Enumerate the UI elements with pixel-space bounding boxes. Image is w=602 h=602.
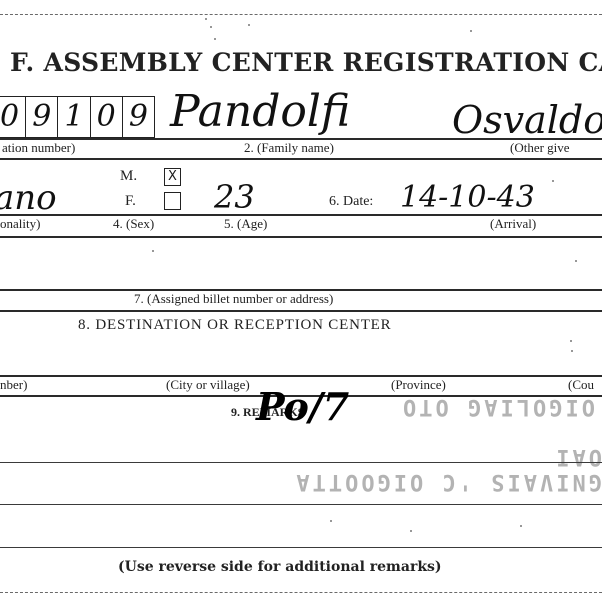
scan-speckle	[214, 38, 216, 40]
remarks-line-1	[0, 462, 602, 463]
scan-speckle	[248, 24, 250, 26]
footer-note: (Use reverse side for additional remarks…	[118, 559, 442, 575]
registration-number-box[interactable]: 0 9 1 0 9	[0, 96, 155, 138]
arrival-date-value[interactable]: 14-10-43	[400, 180, 535, 215]
scan-speckle	[410, 530, 412, 532]
scan-speckle	[520, 525, 522, 527]
destination-country-label: (Cou	[568, 377, 594, 393]
scan-speckle	[470, 30, 472, 32]
scan-speckle	[152, 250, 154, 252]
registration-digit: 0	[0, 97, 26, 137]
sex-m-checkbox[interactable]: X	[164, 168, 181, 186]
row1-bottom-rule	[0, 158, 602, 160]
remarks-stamp-line-2: GNIVAIS 'C OIGOOTTA OAI	[248, 444, 602, 494]
registration-digit: 0	[91, 97, 123, 137]
sex-f-checkbox[interactable]	[164, 192, 181, 210]
nationality-value[interactable]: ano	[0, 178, 57, 218]
arrival-date-prefix: 6. Date:	[329, 194, 373, 210]
scan-speckle	[210, 26, 212, 28]
sex-label: 4. (Sex)	[113, 216, 154, 232]
destination-heading: 8. DESTINATION OR RECEPTION CENTER	[78, 317, 391, 334]
given-name-value[interactable]: Osvaldo	[452, 98, 602, 142]
registration-card: F. ASSEMBLY CENTER REGISTRATION CA 0 9 1…	[0, 0, 602, 602]
row4-rule	[0, 375, 602, 377]
destination-city-label: (City or village)	[166, 377, 250, 393]
top-edge	[0, 14, 602, 15]
remarks-line-2	[0, 504, 602, 505]
age-label: 5. (Age)	[224, 216, 267, 232]
sex-m-label: M.	[120, 168, 137, 185]
remarks-stamp-line-1: OIGOLIAG OTO	[400, 394, 595, 419]
assigned-billet-value[interactable]	[10, 248, 590, 282]
card-title: F. ASSEMBLY CENTER REGISTRATION CA	[10, 48, 602, 77]
scan-speckle	[570, 340, 572, 342]
scan-speckle	[330, 520, 332, 522]
given-name-label: (Other give	[510, 140, 570, 156]
destination-number-label: nber)	[0, 377, 27, 393]
bottom-edge	[0, 592, 602, 593]
destination-province-label: (Province)	[391, 377, 446, 393]
scan-speckle	[552, 180, 554, 182]
scan-speckle	[575, 260, 577, 262]
registration-digit: 9	[26, 97, 58, 137]
row2-bottom-rule	[0, 236, 602, 238]
registration-digit: 1	[58, 97, 90, 137]
age-value[interactable]: 23	[214, 178, 255, 216]
remarks-line-3	[0, 547, 602, 548]
scan-speckle	[571, 350, 573, 352]
sex-f-label: F.	[125, 193, 136, 210]
registration-number-label: ation number)	[2, 140, 75, 156]
arrival-label: (Arrival)	[490, 216, 536, 232]
family-name-label: 2. (Family name)	[244, 140, 334, 156]
family-name-value[interactable]: Pandolfi	[170, 86, 350, 137]
assigned-billet-label: 7. (Assigned billet number or address)	[134, 291, 333, 307]
registration-digit: 9	[123, 97, 154, 137]
scan-speckle	[205, 18, 207, 20]
row3-bottom-rule	[0, 310, 602, 312]
remarks-handwritten: Po/7	[256, 384, 349, 429]
nationality-label: onality)	[0, 216, 40, 232]
